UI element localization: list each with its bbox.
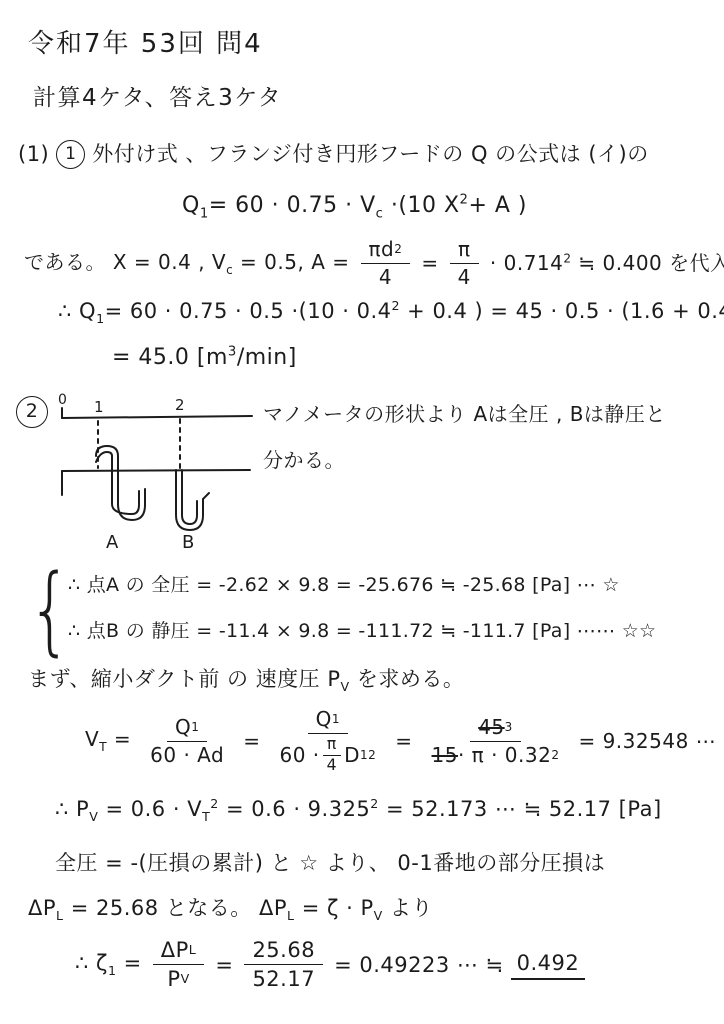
equals-sign: =: [395, 729, 412, 754]
manometer-diagram: 0 1 2 A B: [12, 388, 262, 558]
q1-result: = 45.0 [m3/min]: [112, 344, 297, 372]
diagram-label-2: 2: [175, 396, 185, 414]
tube-a-label: A: [106, 532, 119, 553]
q1-formula: Q1= 60 · 0.75 · Vc ·(10 X2+ A ): [182, 192, 527, 223]
substitution-prefix: である。 X = 0.4 , Vc = 0.5, A =: [24, 250, 350, 278]
point-a-total-pressure: ∴ 点A の 全圧 = -2.62 × 9.8 = -25.676 ≒ -25.…: [68, 574, 620, 598]
diagram-label-0: 0: [58, 392, 67, 408]
substitution-suffix: · 0.7142 ≒ 0.400 を代入して: [490, 251, 724, 276]
handwritten-solution-page: 令和7年 53回 問4 計算4ケタ、答え3ケタ (1) 1 外付け式 、フランジ…: [0, 0, 724, 1024]
duct-wall-line: [62, 470, 250, 471]
question1-intro-line: (1) 1 外付け式 、フランジ付き円形フードの Q の公式は (イ)の: [18, 140, 649, 169]
zeta-lhs: ∴ ζ1 =: [75, 950, 142, 979]
vt-equation: VT = Q1 60 · Ad = Q1 60 · π4 D12 = 453 1…: [85, 708, 724, 775]
digits-note: 計算4ケタ、答え3ケタ: [33, 84, 282, 113]
tube-b-outer: [176, 470, 209, 530]
fraction-45-over-15pi: 453 15 · π · 0.322: [424, 716, 568, 767]
equals-sign: =: [421, 251, 438, 276]
q1-calculation: ∴ Q1= 60 · 0.75 · 0.5 ·(10 · 0.42 + 0.4 …: [58, 298, 724, 327]
question-number: (1): [18, 141, 49, 167]
tube-b-inner: [182, 470, 197, 524]
pressure-loss-line: ΔPL = 25.68 となる。 ΔPL = ζ · PV より: [28, 895, 433, 924]
equals-sign: =: [215, 952, 233, 978]
pv-calculation: ∴ PV = 0.6 · VT2 = 0.6 · 9.3252 = 52.173…: [55, 796, 662, 825]
tube-b-label: B: [182, 532, 194, 553]
fraction-pi-over-4: π 4: [450, 238, 479, 289]
question1-intro-text: 外付け式 、フランジ付き円形フードの Q の公式は (イ)の: [92, 141, 648, 167]
circled-number-1: 1: [56, 140, 85, 169]
manometer-note-line1: マノメータの形状より Aは全圧 , Bは静圧と: [263, 402, 666, 427]
vt-result: = 9.32548 ⋯ ≒ 9.325: [578, 729, 724, 754]
diagram-label-1: 1: [94, 398, 104, 416]
zeta-final-equation: ∴ ζ1 = ΔPL PV = 25.68 52.17 = 0.49223 ⋯ …: [75, 938, 585, 991]
zeta-mid: = 0.49223 ⋯ ≒: [334, 952, 504, 978]
fraction-q1-over-60ad: Q1 60 · Ad: [142, 716, 232, 767]
final-answer: 0.492: [511, 950, 586, 980]
vt-lhs: VT =: [85, 727, 131, 755]
fraction-dpl-over-pv: ΔPL PV: [153, 938, 205, 991]
point-b-static-pressure: ∴ 点B の 静圧 = -11.4 × 9.8 = -111.72 ≒ -111…: [68, 620, 656, 644]
velocity-pressure-intro: まず、縮小ダクト前 の 速度圧 PV を求める。: [28, 666, 464, 695]
fraction-q1-over-60pid2: Q1 60 · π4 D12: [271, 708, 384, 775]
fraction-pi-d2-over-4: πd2 4: [361, 238, 411, 289]
equals-sign: =: [243, 729, 260, 754]
left-brace: {: [28, 562, 72, 658]
manometer-note-line2: 分かる。: [263, 448, 345, 473]
total-pressure-reasoning: 全圧 = -(圧損の累計) と ☆ より、 0-1番地の部分圧損は: [55, 850, 605, 876]
page-title: 令和7年 53回 問4: [28, 28, 263, 61]
fraction-2568-over-5217: 25.68 52.17: [244, 938, 323, 991]
duct-top-line: [62, 416, 252, 418]
substitution-line: である。 X = 0.4 , Vc = 0.5, A = πd2 4 = π 4…: [24, 238, 724, 289]
